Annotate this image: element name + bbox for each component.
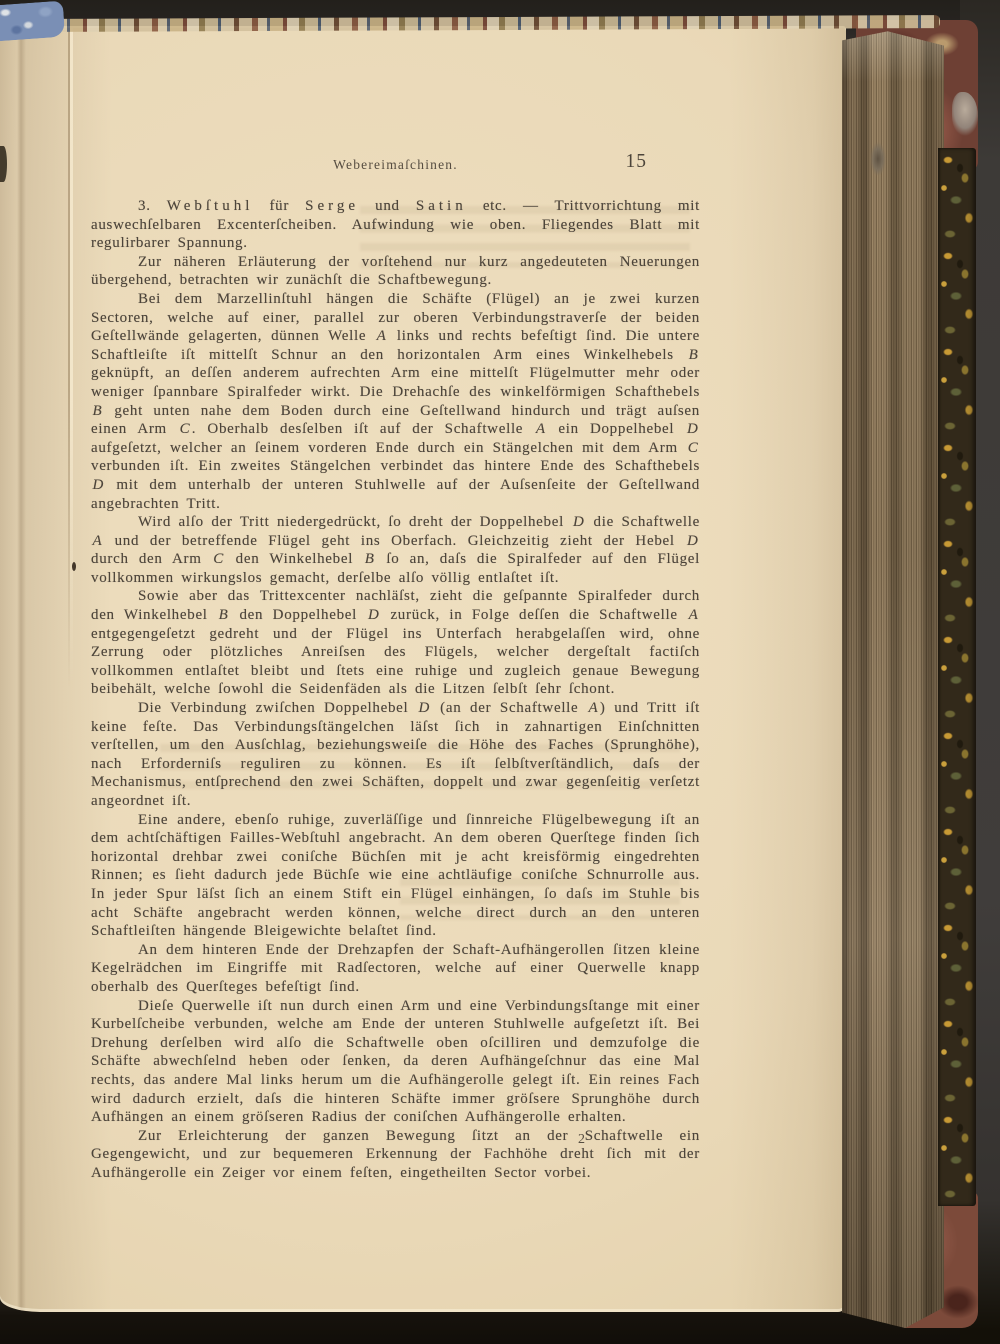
italic-part-label: B bbox=[363, 551, 376, 567]
paragraph: Zur Erleichterung der ganzen Bewegung ſi… bbox=[91, 1127, 700, 1183]
paragraph: Eine andere, ebenſo ruhige, zuverläſſige… bbox=[91, 811, 700, 941]
body-text: 3. Webſtuhl für Serge und Satin etc. — T… bbox=[91, 197, 700, 1182]
text-segment: und der betreffende Flügel geht ins Ober… bbox=[104, 533, 686, 549]
text-segment: 3. bbox=[138, 198, 167, 214]
text-segment: Satin bbox=[416, 198, 467, 214]
book-page-recto: Webereimaſchinen. 15 3. Webſtuhl für Ser… bbox=[0, 26, 846, 1312]
text-segment: den Doppelhebel bbox=[230, 607, 366, 623]
page-edge-mark bbox=[0, 146, 7, 182]
scanned-book-page: Webereimaſchinen. 15 3. Webſtuhl für Ser… bbox=[0, 0, 1000, 1344]
text-segment: Zur Erleichterung der ganzen Bewegung ſi… bbox=[91, 1128, 700, 1181]
paragraph: Sowie aber das Trittexcenter nachläſst, … bbox=[91, 587, 700, 699]
text-segment: entgegengeſetzt gedreht und der Flügel i… bbox=[91, 626, 700, 698]
italic-part-label: D bbox=[685, 533, 700, 549]
italic-part-label: C bbox=[212, 551, 226, 567]
italic-part-label: B bbox=[91, 403, 104, 419]
italic-part-label: A bbox=[687, 607, 700, 623]
text-segment: Serge bbox=[305, 198, 359, 214]
paragraph: 3. Webſtuhl für Serge und Satin etc. — T… bbox=[91, 197, 700, 253]
text-segment: die Schaftwelle bbox=[586, 514, 700, 530]
italic-part-label: D bbox=[571, 514, 586, 530]
text-segment: aufgeſetzt, welcher an ſeinem vorderen E… bbox=[91, 440, 686, 456]
marbled-cover-strip bbox=[938, 148, 976, 1206]
fore-edge-knot bbox=[870, 142, 886, 176]
italic-part-label: A bbox=[91, 533, 104, 549]
italic-part-label: C bbox=[686, 440, 700, 456]
paragraph: Zur näheren Erläuterung der vorſtehend n… bbox=[91, 253, 700, 290]
text-segment: zurück, in Folge deſſen die Schaftwelle bbox=[381, 607, 687, 623]
fore-edge-page-stack bbox=[842, 30, 944, 1328]
text-segment: Wird alſo der Tritt niedergedrückt, ſo d… bbox=[138, 514, 571, 530]
italic-part-label: B bbox=[217, 607, 230, 623]
text-segment: Dieſe Querwelle iſt nun durch einen Arm … bbox=[91, 998, 700, 1126]
text-segment: ein Doppelhebel bbox=[547, 421, 685, 437]
text-segment: Webſtuhl bbox=[167, 198, 254, 214]
text-segment: (an der Schaftwelle bbox=[432, 700, 587, 716]
running-title: Webereimaſchinen. bbox=[91, 157, 700, 173]
text-segment: geknüpft, an deſſen anderem aufrechten A… bbox=[91, 365, 700, 400]
paragraph: Wird alſo der Tritt niedergedrückt, ſo d… bbox=[91, 513, 700, 587]
paper-fleck bbox=[72, 562, 76, 571]
cover-corner-scuff bbox=[952, 92, 978, 136]
marbled-endpaper-corner bbox=[0, 1, 65, 42]
italic-part-label: A bbox=[375, 328, 388, 344]
paragraph: Bei dem Marzellinſtuhl hängen die Schäft… bbox=[91, 290, 700, 513]
text-segment: ) und Tritt iſt keine feſte. Das Verbind… bbox=[91, 700, 700, 809]
text-segment: Zur näheren Erläuterung der vorſtehend n… bbox=[91, 254, 700, 289]
italic-part-label: C bbox=[178, 421, 192, 437]
page-number: 15 bbox=[626, 151, 648, 173]
text-segment: . Oberhalb desſelben iſt auf der Schaftw… bbox=[192, 421, 535, 437]
page-gutter-crease bbox=[68, 28, 73, 688]
text-segment: verbunden iſt. Ein zweites Stängelchen v… bbox=[91, 458, 700, 474]
italic-part-label: B bbox=[687, 347, 700, 363]
text-segment: An dem hinteren Ende der Drehzapfen der … bbox=[91, 942, 700, 995]
text-segment: durch den Arm bbox=[91, 551, 212, 567]
italic-part-label: A bbox=[587, 700, 600, 716]
italic-part-label: D bbox=[91, 477, 106, 493]
italic-part-label: A bbox=[534, 421, 547, 437]
text-segment: Die Verbindung zwiſchen Doppelhebel bbox=[138, 700, 417, 716]
signature-mark: 2 bbox=[578, 1132, 585, 1148]
text-segment: mit dem unterhalb der unteren Stuhlwelle… bbox=[91, 477, 700, 512]
italic-part-label: D bbox=[366, 607, 381, 623]
text-segment: und bbox=[359, 198, 416, 214]
text-segment: den Winkelhebel bbox=[225, 551, 363, 567]
paragraph: An dem hinteren Ende der Drehzapfen der … bbox=[91, 941, 700, 997]
italic-part-label: D bbox=[417, 700, 432, 716]
paragraph: Die Verbindung zwiſchen Doppelhebel D (a… bbox=[91, 699, 700, 811]
page-header: Webereimaſchinen. 15 bbox=[91, 157, 700, 179]
italic-part-label: D bbox=[685, 421, 700, 437]
paragraph: Dieſe Querwelle iſt nun durch einen Arm … bbox=[91, 997, 700, 1127]
text-segment: für bbox=[253, 198, 305, 214]
text-block: Webereimaſchinen. 15 3. Webſtuhl für Ser… bbox=[91, 157, 700, 1182]
text-segment: Eine andere, ebenſo ruhige, zuverläſſige… bbox=[91, 812, 700, 940]
